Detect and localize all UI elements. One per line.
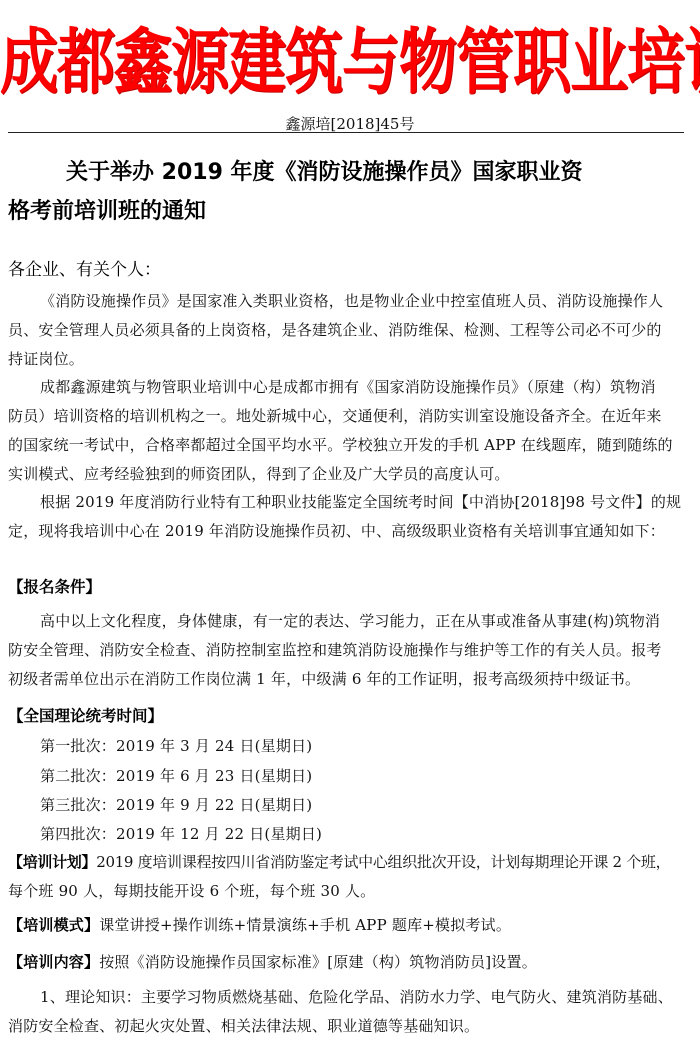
training-plan-line-2: 每个班 90 人，每期技能开设 6 个班，每个班 30 人。	[8, 880, 375, 902]
paragraph-1-line: 《消防设施操作员》是国家准入类职业资格，也是物业企业中控室值班人员、消防设施操作…	[40, 290, 663, 312]
content-item-line: 1、理论知识：主要学习物质燃烧基础、危险化学品、消防水力学、电气防火、建筑消防基…	[40, 986, 673, 1008]
exam-date-item: 第三批次：2019 年 9 月 22 日(星期日)	[40, 794, 312, 816]
exam-date-item: 第四批次：2019 年 12 月 22 日(星期日)	[40, 823, 322, 845]
paragraph-1-line: 员、安全管理人员必须具备的上岗资格，是各建筑企业、消防维保、检测、工程等公司必不…	[8, 319, 662, 341]
content-item-line: 消防安全检查、初起火灾处置、相关法律法规、职业道德等基础知识。	[8, 1015, 479, 1037]
section-heading-mode: 【培训模式】	[8, 916, 99, 934]
paragraph-3-line: 定，现将我培训中心在 2019 年消防设施操作员初、中、高级级职业资格有关培训事…	[8, 520, 665, 542]
document-number: 鑫源培[2018]45号	[0, 114, 700, 134]
exam-date-item: 第二批次：2019 年 6 月 23 日(星期日)	[40, 765, 312, 787]
paragraph-2-line: 实训模式、应考经验独到的师资团队，得到了企业及广大学员的高度认可。	[8, 463, 510, 485]
training-content-line: 【培训内容】按照《消防设施操作员国家标准》[原建（构）筑物消防员]设置。	[8, 951, 537, 973]
paragraph-2-line: 成都鑫源建筑与物管职业培训中心是成都市拥有《国家消防设施操作员》（原建（构）筑物…	[40, 376, 656, 398]
notice-title-line-1: 关于举办 2019 年度《消防设施操作员》国家职业资	[66, 158, 583, 188]
training-plan-line-1: 【培训计划】2019 度培训课程按四川省消防鉴定考试中心组织批次开设，计划每期理…	[8, 851, 670, 873]
section-heading-plan: 【培训计划】	[8, 853, 96, 871]
section-heading-exam-dates: 【全国理论统考时间】	[8, 705, 163, 727]
section-heading-content: 【培训内容】	[8, 953, 99, 971]
greeting: 各企业、有关个人：	[8, 258, 161, 282]
eligibility-line: 初级者需单位出示在消防工作岗位满 1 年，中级满 6 年的工作证明，报考高级须持…	[8, 668, 640, 690]
paragraph-2-line: 的国家统一考试中，合格率都超过全国平均水平。学校独立开发的手机 APP 在线题库…	[8, 434, 673, 456]
training-plan-text: 2019 度培训课程按四川省消防鉴定考试中心组织批次开设，计划每期理论开课 2 …	[96, 853, 670, 871]
exam-date-item: 第一批次：2019 年 3 月 24 日(星期日)	[40, 735, 312, 757]
eligibility-line: 高中以上文化程度，身体健康，有一定的表达、学习能力，正在从事或准备从事建(构)筑…	[40, 610, 660, 632]
paragraph-2-line: 防员）培训资格的培训机构之一。地处新城中心，交通便利，消防实训室设施设备齐全。在…	[8, 405, 662, 427]
section-heading-eligibility: 【报名条件】	[8, 576, 101, 598]
paragraph-1-line: 持证岗位。	[8, 348, 84, 370]
masthead-title: 成都鑫源建筑与物管职业培训中心文件	[0, 6, 700, 118]
training-content-text: 按照《消防设施操作员国家标准》[原建（构）筑物消防员]设置。	[99, 953, 537, 971]
notice-title-line-2: 格考前培训班的通知	[8, 197, 206, 227]
paragraph-3-line: 根据 2019 年度消防行业特有工种职业技能鉴定全国统考时间【中消协[2018]…	[40, 491, 681, 513]
training-mode-text: 课堂讲授+操作训练+情景演练+手机 APP 题库+模拟考试。	[99, 916, 511, 934]
eligibility-line: 防安全管理、消防安全检查、消防控制室监控和建筑消防设施操作与维护等工作的有关人员…	[8, 639, 662, 661]
header-divider	[8, 132, 684, 133]
training-mode-line: 【培训模式】课堂讲授+操作训练+情景演练+手机 APP 题库+模拟考试。	[8, 914, 511, 936]
